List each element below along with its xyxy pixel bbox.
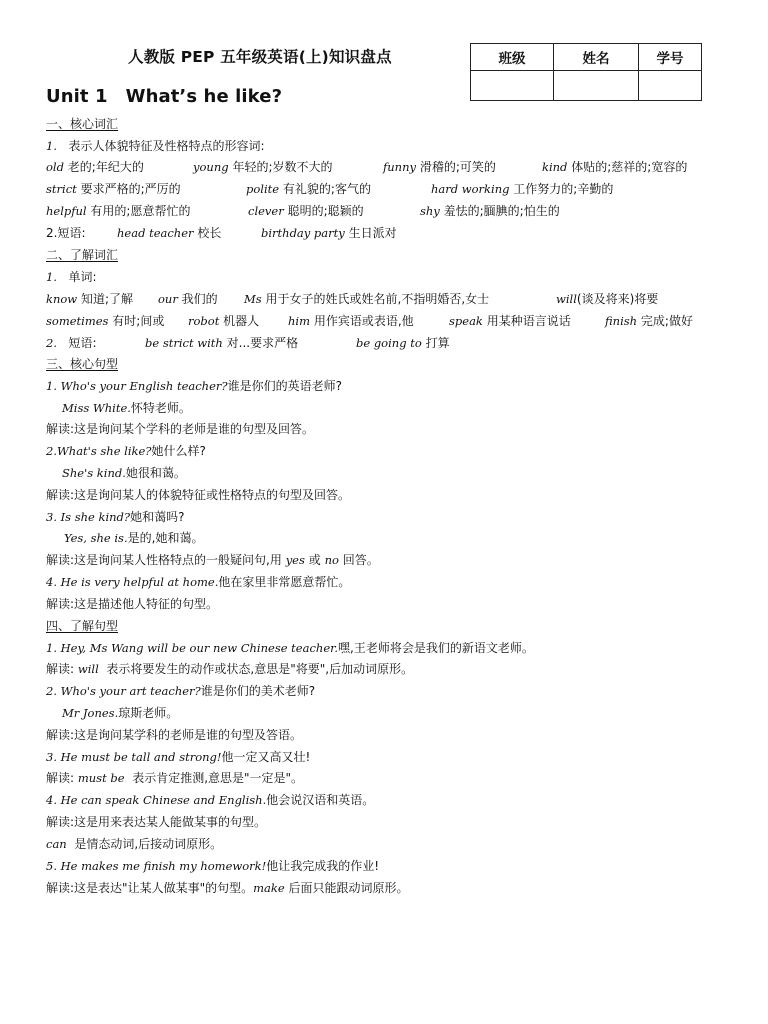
sentence-answer: She's kind.她很和蔼。	[62, 465, 186, 481]
vocab-item: speak 用某种语言说话	[449, 313, 571, 329]
vocab-item: will(谈及将来)将要	[556, 291, 658, 307]
sentence-note: 解读:这是询问某人的体貌特征或性格特点的句型及回答。	[46, 487, 350, 503]
vocab-item: hard working 工作努力的;辛勤的	[431, 181, 613, 197]
sentence-question: 3. Is she kind?她和蔼吗?	[46, 509, 184, 525]
phrase-item: birthday party 生日派对	[261, 225, 397, 241]
vocab-item: shy 羞怯的;腼腆的;怕生的	[420, 203, 560, 219]
vocab-item: Ms 用于女子的姓氏或姓名前,不指明婚否,女士	[244, 291, 489, 307]
sentence-question: 1. Hey, Ms Wang will be our new Chinese …	[46, 640, 534, 656]
unit-name: What’s he like?	[126, 86, 283, 107]
section-heading-core-sentences: 三、核心句型	[46, 356, 118, 372]
vocab-item: kind 体贴的;慈祥的;宽容的	[542, 159, 687, 175]
section-heading-know-vocab: 二、了解词汇	[46, 247, 118, 263]
unit-number: Unit 1	[46, 86, 108, 107]
sentence-question: 2. Who's your art teacher?谁是你们的美术老师?	[46, 683, 315, 699]
vocab-item: robot 机器人	[188, 313, 259, 329]
section-heading-know-sentences: 四、了解句型	[46, 618, 118, 634]
vocab-item: helpful 有用的;愿意帮忙的	[46, 203, 190, 219]
name-field[interactable]	[554, 71, 639, 101]
sentence-question: 1. Who's your English teacher?谁是你们的英语老师?	[46, 378, 342, 394]
sentence-question: 2.What's she like?她什么样?	[46, 443, 206, 459]
sentence-note: 解读:这是询问某个学科的老师是谁的句型及回答。	[46, 421, 314, 437]
section-heading-core-vocab: 一、核心词汇	[46, 116, 118, 132]
phrase-item: be going to 打算	[356, 335, 450, 351]
sentence-note: 解读:这是表达"让某人做某事"的句型。make 后面只能跟动词原形。	[46, 880, 408, 896]
vocab-item: finish 完成;做好	[605, 313, 693, 329]
sentence-note: 解读:这是询问某人性格特点的一般疑问句,用 yes 或 no 回答。	[46, 552, 379, 568]
document-title: 人教版 PEP 五年级英语(上)知识盘点	[128, 45, 392, 67]
subheading-phrases: 2. 短语:	[46, 335, 96, 351]
subheading-words: 1. 单词:	[46, 269, 96, 285]
unit-title: Unit 1What’s he like?	[46, 86, 282, 107]
sentence-question: 4. He is very helpful at home.他在家里非常愿意帮忙…	[46, 574, 350, 590]
sentence-answer: Mr Jones.琼斯老师。	[62, 705, 178, 721]
sentence-note: 解读:这是描述他人特征的句型。	[46, 596, 218, 612]
sentence-note: 解读:这是询问某学科的老师是谁的句型及答语。	[46, 727, 302, 743]
sentence-note: can 是情态动词,后接动词原形。	[46, 836, 222, 852]
vocab-item: know 知道;了解	[46, 291, 133, 307]
vocab-item: young 年轻的;岁数不大的	[193, 159, 332, 175]
vocab-item: clever 聪明的;聪颖的	[248, 203, 364, 219]
student-id-field[interactable]	[639, 71, 702, 101]
sentence-answer: Miss White.怀特老师。	[62, 400, 191, 416]
sentence-note: 解读: will 表示将要发生的动作或状态,意思是"将要",后加动词原形。	[46, 661, 413, 677]
subheading-adjectives: 1. 表示人体貌特征及性格特点的形容词:	[46, 138, 264, 154]
subheading-phrases: 2.短语:	[46, 225, 86, 241]
name-header: 姓名	[554, 44, 639, 71]
sentence-answer: Yes, she is.是的,她和蔼。	[64, 530, 203, 546]
vocab-item: him 用作宾语或表语,他	[288, 313, 414, 329]
vocab-item: our 我们的	[158, 291, 218, 307]
class-field[interactable]	[471, 71, 554, 101]
class-header: 班级	[471, 44, 554, 71]
sentence-note: 解读:这是用来表达某人能做某事的句型。	[46, 814, 266, 830]
sentence-question: 4. He can speak Chinese and English.他会说汉…	[46, 792, 374, 808]
sentence-question: 3. He must be tall and strong!他一定又高又壮!	[46, 749, 310, 765]
vocab-item: old 老的;年纪大的	[46, 159, 144, 175]
vocab-item: funny 滑稽的;可笑的	[383, 159, 496, 175]
sentence-note: 解读: must be 表示肯定推测,意思是"一定是"。	[46, 770, 303, 786]
student-info-table: 班级 姓名 学号	[470, 43, 702, 101]
sentence-question: 5. He makes me finish my homework!他让我完成我…	[46, 858, 379, 874]
student-id-header: 学号	[639, 44, 702, 71]
vocab-item: sometimes 有时;间或	[46, 313, 164, 329]
vocab-item: strict 要求严格的;严厉的	[46, 181, 181, 197]
phrase-item: be strict with 对...要求严格	[145, 335, 298, 351]
phrase-item: head teacher 校长	[117, 225, 221, 241]
vocab-item: polite 有礼貌的;客气的	[246, 181, 371, 197]
